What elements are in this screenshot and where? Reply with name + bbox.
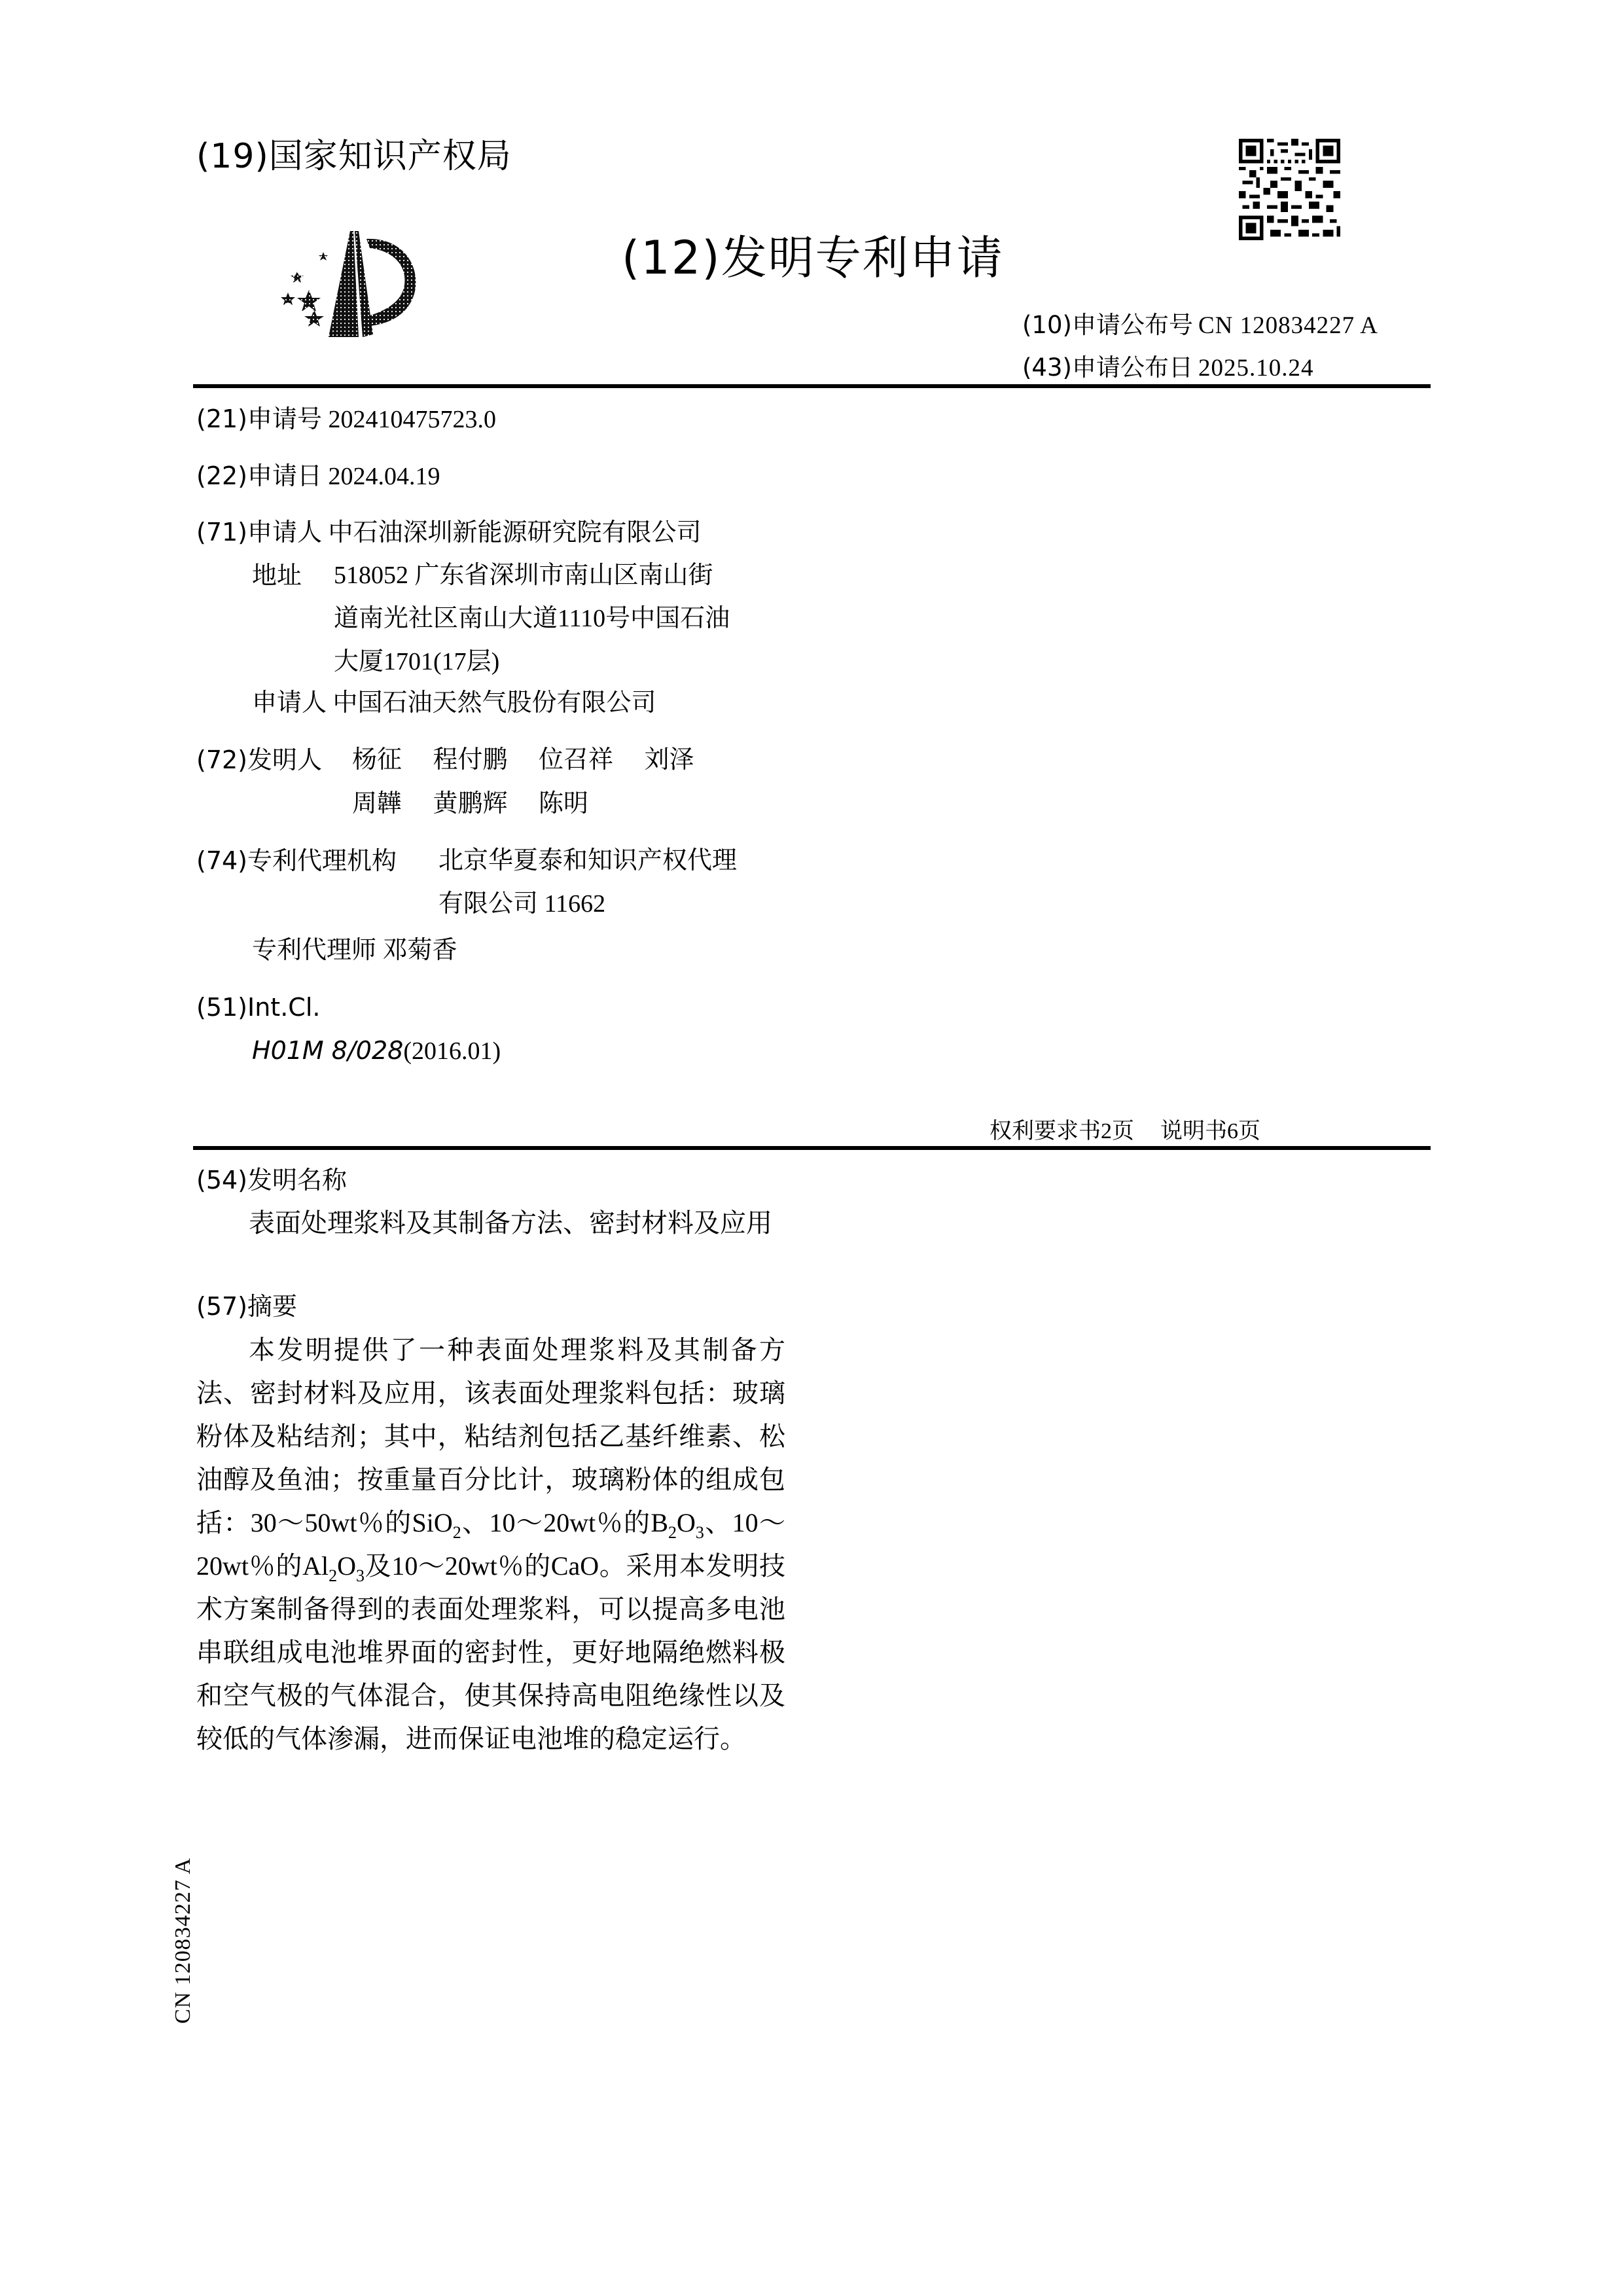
field-code: (51) [196,993,247,1022]
applicant-row: (71)申请人 中石油深圳新能源研究院有限公司 [196,511,702,554]
inventor-name: 程付鹏 [433,746,508,774]
address-row: 地址 [252,554,302,598]
abstract-fragment: 及10～20wt％的CaO。采用本发明技术方案制备得到的表面处理浆料，可以提高多… [196,1551,785,1753]
doc-type-label: 发明专利申请 [721,231,1004,285]
field-label: Int.Cl. [247,993,320,1022]
abstract-fragment: 、10～20wt％的B [461,1508,668,1537]
agency-line: 有限公司 11662 [438,882,737,925]
inventor-name: 周韡 [352,790,402,817]
int-cl-row: (51)Int.Cl. [196,986,320,1030]
publication-number-label: 申请公布号 [1072,311,1193,339]
field-label: 发明人 [247,745,322,774]
publication-date-code: (43) [1022,353,1072,382]
qr-code-icon [1239,139,1340,240]
publication-date-label: 申请公布日 [1072,353,1193,382]
field-code: (54) [196,1166,247,1194]
subscript: 2 [329,1566,337,1585]
office-heading: (19)国家知识产权局 [196,128,512,177]
field-code: (72) [196,745,247,774]
filing-date-row: (22)申请日 2024.04.19 [196,454,440,498]
applicant2-row: 申请人 中国石油天然气股份有限公司 [252,681,656,725]
inventors-row: (72)发明人 [196,738,322,782]
publication-date-row: (43)申请公布日2025.10.24 [1022,348,1313,383]
field-code: (71) [196,518,247,547]
field-label: 专利代理师 [252,935,376,964]
agency-row: (74)专利代理机构 [196,839,397,883]
agency-value: 北京华夏泰和知识产权代理 有限公司 11662 [438,839,737,925]
subscript: 3 [696,1523,704,1542]
publication-number-value: CN 120834227 A [1198,312,1378,339]
field-code: (21) [196,404,247,433]
subscript: 3 [356,1566,365,1585]
application-number-row: (21)申请号 202410475723.0 [196,397,496,441]
inventor-names-line1: 杨征 程付鹏 位召祥 刘泽 [352,738,694,781]
subscript: 2 [668,1523,677,1542]
field-label: 申请日 [247,461,322,490]
ipc-version: (2016.01) [403,1037,501,1065]
abstract-text: 本发明提供了一种表面处理浆料及其制备方法、密封材料及应用，该表面处理浆料包括：玻… [196,1329,785,1761]
agent-row: 专利代理师 邓菊香 [252,928,457,972]
abstract-heading: (57)摘要 [196,1285,297,1329]
applicant2-value: 中国石油天然气股份有限公司 [333,689,656,717]
inventor-name: 刘泽 [645,746,694,774]
field-label: 发明名称 [247,1166,347,1194]
inventor-names-line2: 周韡 黄鹏辉 陈明 [352,782,588,825]
agent-value: 邓菊香 [383,937,457,964]
address-line: 518052 广东省深圳市南山区南山街 [334,554,730,597]
header-divider [193,384,1431,388]
page-count-info: 权利要求书2页说明书6页 [990,1113,1260,1145]
publication-number-code: (10) [1022,311,1072,339]
field-code: (74) [196,846,247,875]
document-type-title: (12)发明专利申请 [622,221,1004,287]
filing-date-value: 2024.04.19 [329,463,440,490]
address-line: 道南光社区南山大道1110号中国石油 [334,597,730,640]
application-number-value: 202410475723.0 [329,406,497,433]
abstract-fragment: O [677,1508,696,1537]
inventor-name: 位召祥 [539,746,613,774]
inventor-name: 黄鹏辉 [433,790,508,817]
publication-number-row: (10)申请公布号CN 120834227 A [1022,305,1378,340]
cnipa-logo-icon [268,219,425,344]
field-code: (22) [196,461,247,490]
title-heading: (54)发明名称 [196,1158,347,1202]
office-code: (19) [196,137,269,176]
field-label: 摘要 [247,1292,297,1321]
abstract-fragment: 本发明提供了一种表面处理浆料及其制备方法、密封材料及应用，该表面处理浆料包括：玻… [196,1335,785,1537]
field-label: 申请号 [247,404,322,433]
field-code: (57) [196,1292,247,1321]
inventor-name: 陈明 [539,790,588,817]
side-publication-number-text: CN 120834227 A [171,1857,196,2024]
description-pages: 说明书6页 [1160,1119,1260,1143]
abstract-fragment: O [337,1551,356,1581]
inventor-name: 杨征 [352,746,402,774]
claims-pages: 权利要求书2页 [990,1119,1134,1143]
ipc-class: H01M 8/028 [252,1036,403,1065]
invention-title: 表面处理浆料及其制备方法、密封材料及应用 [196,1202,785,1245]
field-label: 申请人 [247,518,322,547]
agency-line: 北京华夏泰和知识产权代理 [438,839,737,882]
field-label: 专利代理机构 [247,846,397,875]
address-line: 大厦1701(17层) [334,640,730,683]
field-label: 申请人 [252,688,327,717]
section-divider [193,1146,1431,1150]
int-cl-value: H01M 8/028(2016.01) [252,1029,501,1073]
subscript: 2 [453,1523,461,1542]
field-label: 地址 [252,561,302,590]
applicant-value: 中石油深圳新能源研究院有限公司 [329,519,702,547]
publication-date-value: 2025.10.24 [1198,355,1314,382]
office-name: 国家知识产权局 [269,137,512,176]
side-publication-number: CN 120834227 A [144,1833,223,2049]
doc-type-code: (12) [622,231,721,285]
address-value: 518052 广东省深圳市南山区南山街 道南光社区南山大道1110号中国石油 大… [334,554,730,683]
